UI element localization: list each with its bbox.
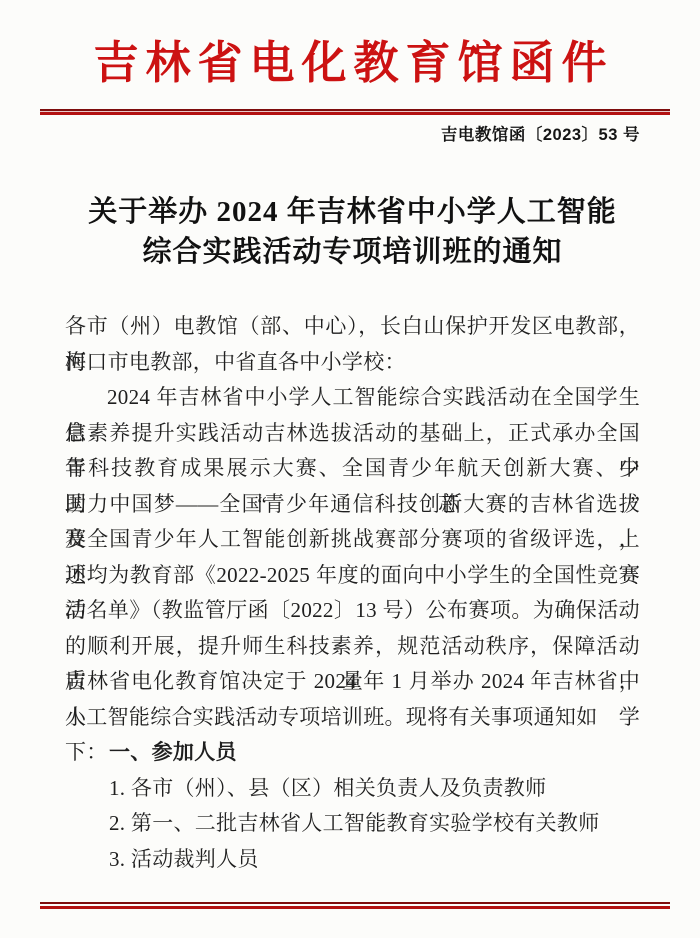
section-heading-participants: 一、参加人员	[65, 735, 640, 771]
list-item: 2. 第一、二批吉林省人工智能教育实验学校有关教师	[65, 806, 640, 842]
notice-body: 各市（州）电教馆（部、中心），长白山保护开发区电教部，梅 河口市电教部，中省直各…	[65, 309, 640, 877]
body-line: 助力中国梦——全国青少年通信科技创新大赛的吉林省选拔赛，	[65, 487, 640, 523]
letterhead-rule	[40, 109, 670, 115]
letterhead-title: 吉林省电化教育馆函件	[0, 36, 700, 90]
document-page: 吉林省电化教育馆函件 吉电教馆函〔2023〕53 号 关于举办 2024 年吉林…	[0, 0, 700, 938]
body-line: 息素养提升实践活动吉林选拔活动的基础上，正式承办全国青少	[65, 416, 640, 452]
body-line: 动名单》（教监管厅函〔2022〕13 号）公布赛项。为确保活动	[65, 593, 640, 629]
list-item: 1. 各市（州）、县（区）相关负责人及负责教师	[65, 771, 640, 807]
body-line: 2024 年吉林省中小学人工智能综合实践活动在全国学生信	[65, 380, 640, 416]
document-number: 吉电教馆函〔2023〕53 号	[441, 121, 640, 145]
body-line: 河口市电教部，中省直各中小学校：	[65, 345, 640, 381]
notice-title-line2: 综合实践活动专项培训班的通知	[142, 236, 562, 268]
body-line: 年科技教育成果展示大赛、全国青少年航天创新大赛、中国“芯”	[65, 451, 640, 487]
notice-title-line1: 关于举办 2024 年吉林省中小学人工智能	[88, 196, 617, 228]
body-line: 人工智能综合实践活动专项培训班。现将有关事项通知如下：	[65, 700, 640, 736]
body-line: 项均为教育部《2022-2025 年度的面向中小学生的全国性竞赛活	[65, 558, 640, 594]
list-item: 3. 活动裁判人员	[65, 842, 640, 878]
notice-title: 关于举办 2024 年吉林省中小学人工智能 综合实践活动专项培训班的通知	[65, 192, 640, 272]
body-line: 的顺利开展，提升师生科技素养，规范活动秩序，保障活动质量，	[65, 629, 640, 665]
footer-rule	[40, 902, 670, 909]
body-line: 吉林省电化教育馆决定于 2024 年 1 月举办 2024 年吉林省中小学	[65, 664, 640, 700]
body-line: 及全国青少年人工智能创新挑战赛部分赛项的省级评选，上述赛	[65, 522, 640, 558]
body-line: 各市（州）电教馆（部、中心），长白山保护开发区电教部，梅	[65, 309, 640, 345]
